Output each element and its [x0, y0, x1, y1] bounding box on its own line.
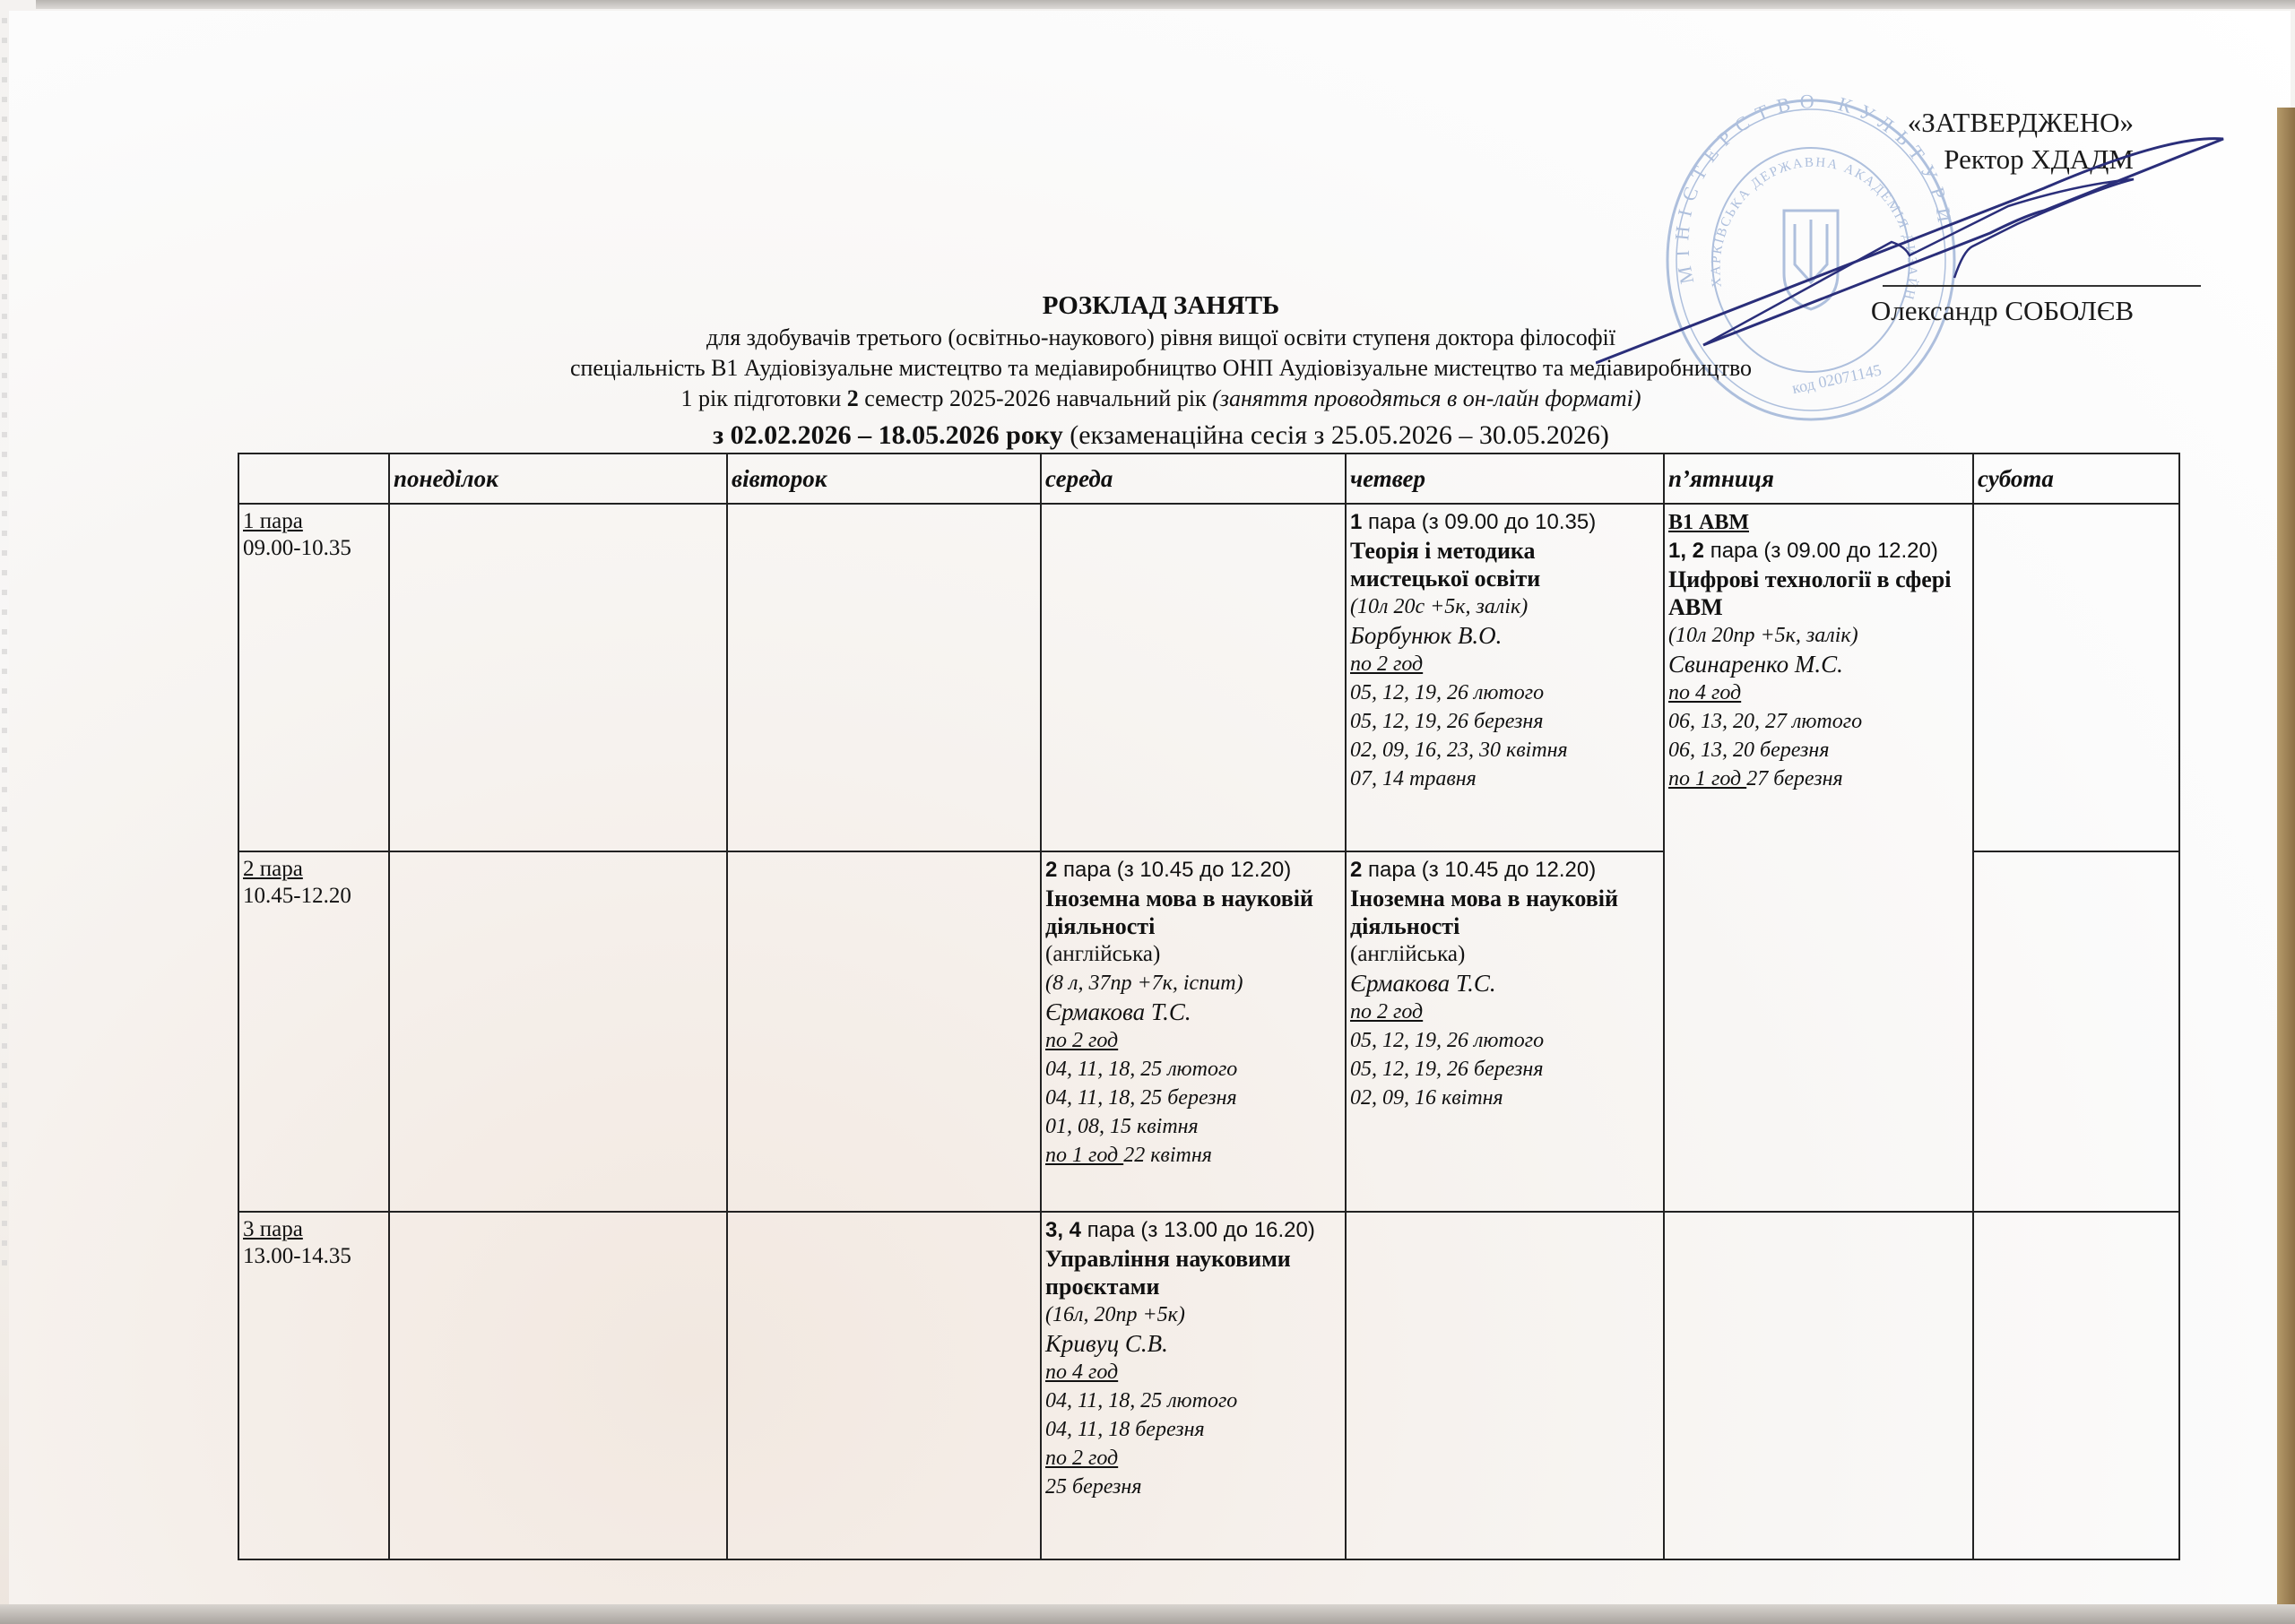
subject-title: Іноземна мова в науковій діяльності: [1350, 885, 1659, 940]
cell-sat-1: [1973, 504, 2179, 851]
approval-block: «ЗАТВЕРДЖЕНО» Ректор ХДАДМ Олександр СОБ…: [1865, 106, 2134, 177]
subject-title: Цифрові технології в сфері АВМ: [1668, 566, 1969, 621]
column-header-tuesday: вівторок: [727, 454, 1041, 504]
paper-perforation: [2, 18, 7, 1273]
paper-edge-bottom: [0, 1604, 2295, 1624]
subject-title: Теорія і методика мистецької освіти: [1350, 537, 1659, 592]
column-header-wednesday: середа: [1041, 454, 1346, 504]
cell-thu-2: 2 пара (з 10.45 до 12.20) Іноземна мова …: [1346, 851, 1664, 1212]
column-header-time: [238, 454, 389, 504]
signature-line: [1883, 285, 2201, 287]
group-label: В1 АВМ: [1668, 511, 1749, 534]
cell-mon-2: [389, 851, 727, 1212]
cell-wed-2: 2 пара (з 10.45 до 12.20) Іноземна мова …: [1041, 851, 1346, 1212]
header-year-semester: 1 рік підготовки 2 семестр 2025-2026 нав…: [269, 384, 2053, 414]
cell-sat-3: [1973, 1212, 2179, 1559]
cell-thu-3: [1346, 1212, 1664, 1559]
cell-tue-2: [727, 851, 1041, 1212]
header-audience: для здобувачів третього (освітньо-науков…: [269, 323, 2053, 353]
column-header-monday: понеділок: [389, 454, 727, 504]
cell-fri-3: [1664, 1212, 1973, 1559]
table-header-row: понеділок вівторок середа четвер п’ятниц…: [238, 454, 2179, 504]
approval-heading: «ЗАТВЕРДЖЕНО»: [1865, 106, 2134, 141]
cell-mon-3: [389, 1212, 727, 1559]
time-slot-1: 1 пара 09.00-10.35: [238, 504, 389, 851]
subject-title: Іноземна мова в науковій діяльності: [1045, 885, 1341, 940]
cell-wed-3: 3, 4 пара (з 13.00 до 16.20) Управління …: [1041, 1212, 1346, 1559]
paper-edge-top: [36, 0, 2295, 9]
cell-thu-1: 1 пара (з 09.00 до 10.35) Теорія і метод…: [1346, 504, 1664, 851]
cell-mon-1: [389, 504, 727, 851]
cell-wed-1: [1041, 504, 1346, 851]
cell-sat-2: [1973, 851, 2179, 1212]
header-specialty: спеціальність В1 Аудіовізуальне мистецтв…: [269, 353, 2053, 384]
table-row: 1 пара 09.00-10.35 1 пара (з 09.00 до 10…: [238, 504, 2179, 851]
teacher-name: Свинаренко М.С.: [1668, 650, 1969, 678]
approval-position: Ректор ХДАДМ: [1865, 143, 2134, 177]
time-slot-2: 2 пара 10.45-12.20: [238, 851, 389, 1212]
teacher-name: Єрмакова Т.С.: [1350, 969, 1659, 998]
column-header-saturday: субота: [1973, 454, 2179, 504]
teacher-name: Єрмакова Т.С.: [1045, 998, 1341, 1026]
desk-background: [2277, 108, 2295, 1622]
time-slot-3: 3 пара 13.00-14.35: [238, 1212, 389, 1559]
cell-tue-1: [727, 504, 1041, 851]
column-header-friday: п’ятниця: [1664, 454, 1973, 504]
online-format-note: (заняття проводяться в он-лайн форматі): [1212, 385, 1641, 411]
document-header: РОЗКЛАД ЗАНЯТЬ для здобувачів третього (…: [269, 289, 2053, 454]
cell-tue-3: [727, 1212, 1041, 1559]
cell-fri-1-2: В1 АВМ 1, 2 пара (з 09.00 до 12.20) Цифр…: [1664, 504, 1973, 1212]
header-period: з 02.02.2026 – 18.05.2026 року (екзамена…: [269, 418, 2053, 454]
subject-title: Управління науковими проєктами: [1045, 1245, 1341, 1300]
teacher-name: Кривуц С.В.: [1045, 1329, 1341, 1358]
table-row: 3 пара 13.00-14.35 3, 4 пара (з 13.00 до…: [238, 1212, 2179, 1559]
page-title: РОЗКЛАД ЗАНЯТЬ: [269, 289, 2053, 323]
column-header-thursday: четвер: [1346, 454, 1664, 504]
schedule-table: понеділок вівторок середа четвер п’ятниц…: [238, 453, 2180, 1560]
teacher-name: Борбунюк В.О.: [1350, 621, 1659, 650]
